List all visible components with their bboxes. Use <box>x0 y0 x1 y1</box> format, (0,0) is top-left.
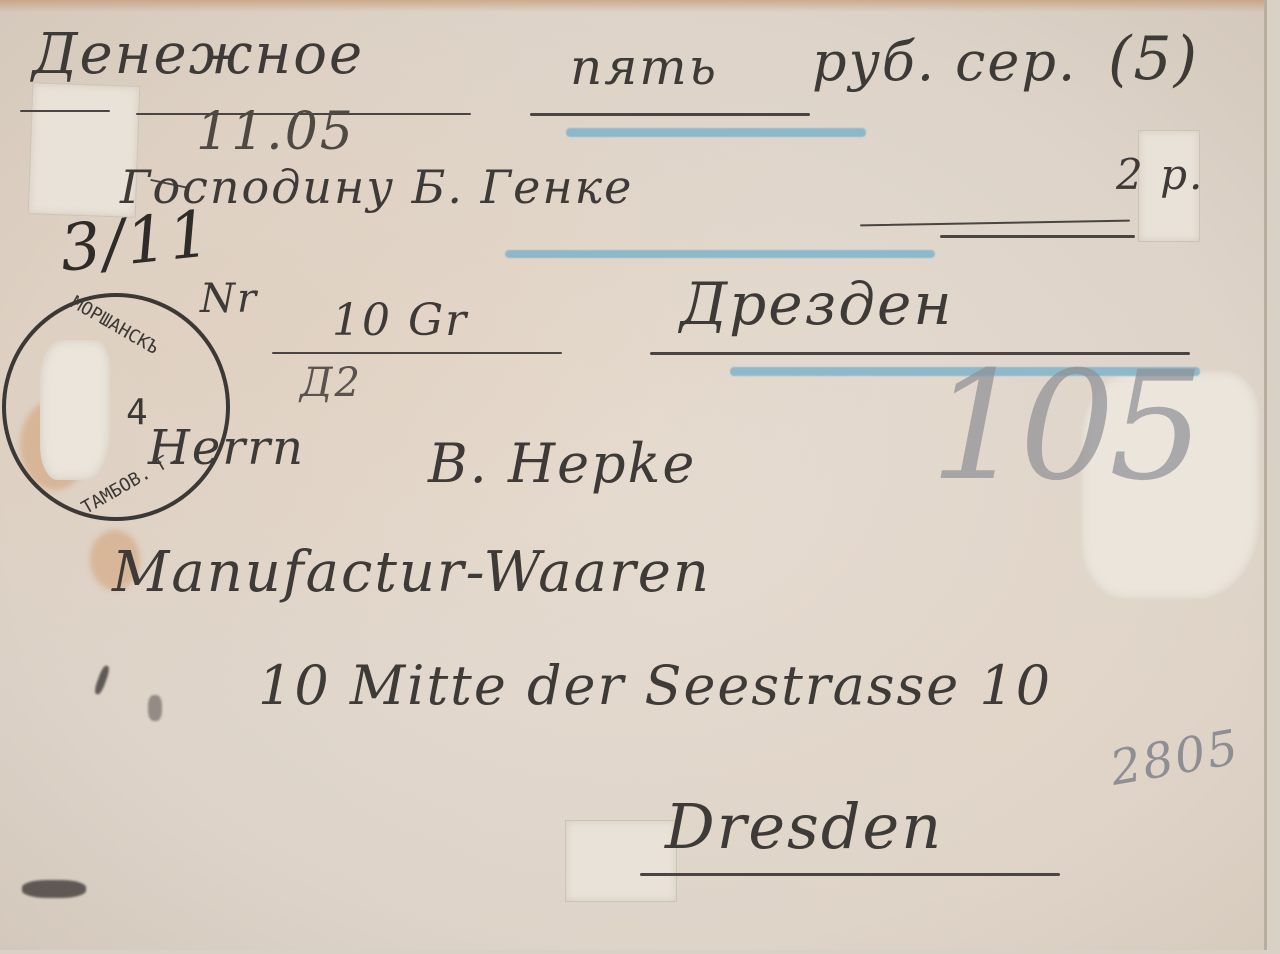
heading-amount-word: пять <box>570 38 718 96</box>
german-name: B. Hepke <box>428 432 696 495</box>
postmark-top-text: МОРШАНСКЪ <box>67 292 162 359</box>
crossed-number: 11.05 <box>196 102 355 162</box>
underline <box>940 235 1135 238</box>
russian-recipient-line: Господину Б. Генке <box>120 160 633 214</box>
russian-city: Дрезден <box>680 270 954 338</box>
removed-seal-patch <box>565 820 677 902</box>
weight-mark: 10 Gr <box>332 295 468 346</box>
heading-amount-numeral: (5) <box>1108 24 1199 94</box>
underline <box>530 113 810 116</box>
german-salutation: Herrn <box>148 420 305 476</box>
strike-line <box>272 352 562 354</box>
ink-smudge <box>22 880 86 898</box>
german-business: Manufactur-Waaren <box>112 540 711 605</box>
ink-smudge <box>148 695 162 721</box>
blue-crayon-mark <box>566 128 866 137</box>
underline <box>640 873 1060 876</box>
german-city: Dresden <box>665 790 943 863</box>
sub-mark: Д2 <box>300 360 362 406</box>
pencil-large-number: 105 <box>930 340 1198 514</box>
ink-smudge <box>93 665 111 696</box>
right-mark: 2 р. <box>1116 150 1204 199</box>
heading-currency: руб. сер. <box>812 30 1077 93</box>
postmark-center-text: 4 <box>126 392 148 433</box>
side-mark: Nr <box>200 276 258 322</box>
postmark: МОРШАНСКЪ ТАМБОВ. Г. 4 <box>2 293 230 521</box>
pencil-bottom-number: 2805 <box>1106 719 1244 797</box>
german-street: 10 Mitte der Seestrasse 10 <box>258 654 1052 717</box>
underline <box>860 220 1130 227</box>
envelope: Денежное пять руб. сер. (5) 11.05 3/11 N… <box>0 0 1267 950</box>
blue-crayon-mark <box>505 250 935 258</box>
underline <box>20 110 110 112</box>
heading-type-label: Денежное <box>32 22 364 87</box>
top-edge-stain <box>0 0 1264 12</box>
